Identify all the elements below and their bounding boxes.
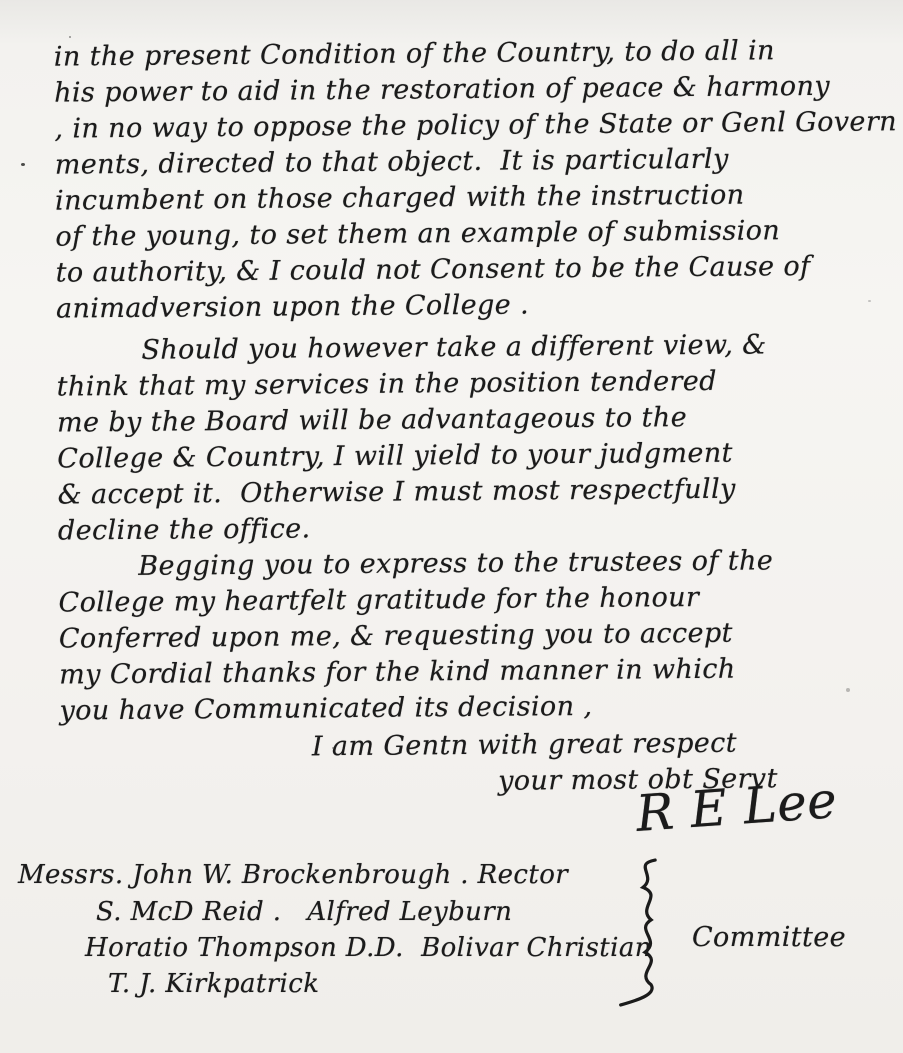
committee-label: Committee: [692, 922, 846, 953]
committee-name-line: S. McD Reid . Alfred Leyburn: [96, 897, 512, 927]
brace-icon: [612, 856, 678, 1008]
letter-page: in the present Condition of the Country,…: [0, 0, 903, 1053]
scan-speck: [69, 36, 71, 38]
scan-speck: [332, 747, 334, 749]
committee-name-line: Horatio Thompson D.D. Bolivar Christian: [85, 933, 652, 963]
committee-block: Messrs. John W. Brockenbrough . Rector S…: [0, 0, 903, 1053]
scan-speck: [868, 300, 871, 302]
committee-name-line: T. J. Kirkpatrick: [108, 969, 319, 999]
committee-name-line: Messrs. John W. Brockenbrough . Rector: [18, 860, 568, 890]
scan-speck: [846, 688, 850, 692]
scan-speck: [21, 163, 25, 166]
